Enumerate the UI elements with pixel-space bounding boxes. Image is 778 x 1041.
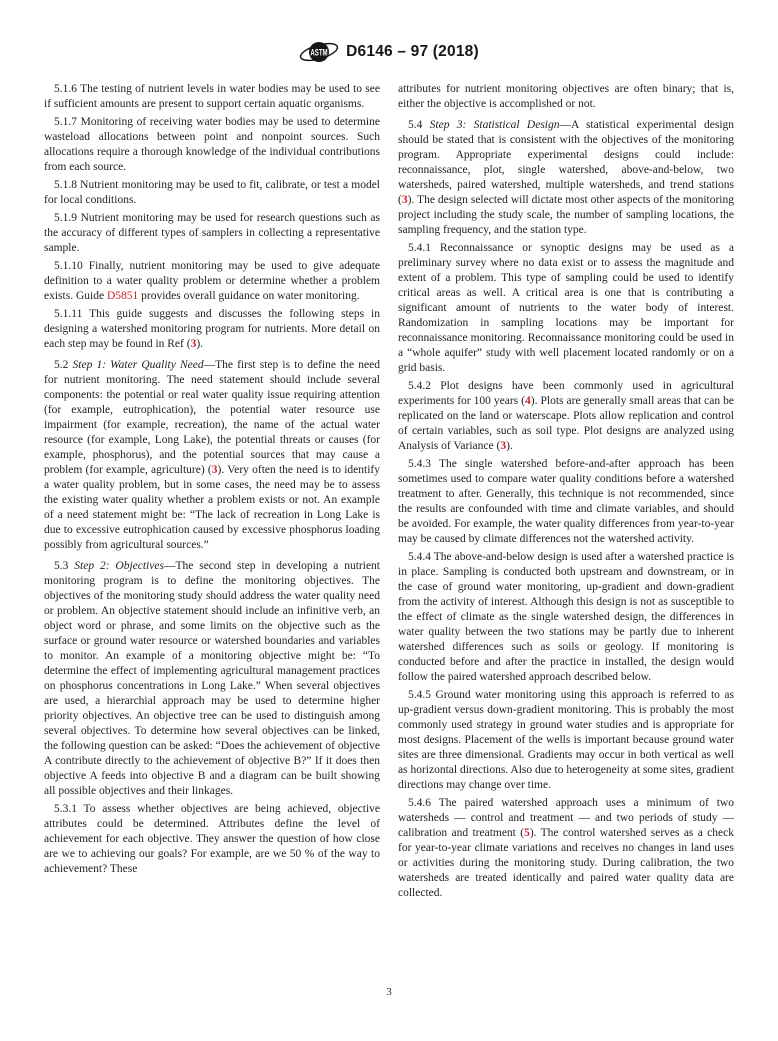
text-segment: —A statistical experimental design shoul… [398,119,734,206]
paragraph: 5.3 Step 2: Objectives—The second step i… [44,559,380,799]
text-segment: Step 3: Statistical Design [430,119,560,131]
text-segment: ). [506,440,513,452]
text-segment: 5.2 [54,359,73,371]
text-segment: 5.1.9 Nutrient monitoring may be used fo… [44,212,380,254]
column-right: attributes for nutrient monitoring objec… [398,82,734,904]
paragraph: 5.4.1 Reconnaissance or synoptic designs… [398,241,734,376]
text-segment: 5.4.3 The single watershed before-and-af… [398,458,734,545]
paragraph: 5.4.5 Ground water monitoring using this… [398,688,734,793]
paragraph: 5.4.6 The paired watershed approach uses… [398,796,734,901]
astm-logo-icon: ASTM [299,38,339,66]
paragraph: 5.4.4 The above-and-below design is used… [398,550,734,685]
doc-link[interactable]: D5851 [107,290,138,302]
text-segment: 5.1.11 This guide suggests and discusses… [44,308,380,350]
paragraph: 5.1.11 This guide suggests and discusses… [44,307,380,352]
text-segment: 5.1.7 Monitoring of receiving water bodi… [44,116,380,173]
paragraph: 5.1.10 Finally, nutrient monitoring may … [44,259,380,304]
text-segment: 5.4.4 The above-and-below design is used… [398,551,734,683]
text-segment: 5.3.1 To assess whether objectives are b… [44,803,380,875]
text-segment: Step 2: Objectives [74,560,164,572]
text-segment: attributes for nutrient monitoring objec… [398,83,734,110]
text-segment: —The first step is to define the need fo… [44,359,380,476]
text-segment: ). Very often the need is to identify a … [44,464,380,551]
text-segment: 5.4.1 Reconnaissance or synoptic designs… [398,242,734,374]
text-segment: ). [196,338,203,350]
text-segment: 5.1.6 The testing of nutrient levels in … [44,83,380,110]
text-segment: 5.3 [54,560,74,572]
text-segment: provides overall guidance on water monit… [138,290,359,302]
paragraph: 5.1.9 Nutrient monitoring may be used fo… [44,211,380,256]
paragraph: 5.1.8 Nutrient monitoring may be used to… [44,178,380,208]
paragraph: 5.1.7 Monitoring of receiving water bodi… [44,115,380,175]
page-footer: 3 [0,986,778,998]
text-segment: 5.4 [408,119,430,131]
text-segment: ). The design selected will dictate most… [398,194,734,236]
document-page: ASTM D6146 – 97 (2018) 5.1.6 The testing… [0,0,778,1041]
svg-text:ASTM: ASTM [311,47,328,57]
doc-designation: D6146 – 97 (2018) [346,43,479,61]
text-columns: 5.1.6 The testing of nutrient levels in … [44,82,734,904]
paragraph: 5.3.1 To assess whether objectives are b… [44,802,380,877]
paragraph: 5.4.3 The single watershed before-and-af… [398,457,734,547]
paragraph: 5.1.6 The testing of nutrient levels in … [44,82,380,112]
text-segment: 5.4.5 Ground water monitoring using this… [398,689,734,791]
paragraph: 5.4.2 Plot designs have been commonly us… [398,379,734,454]
column-left: 5.1.6 The testing of nutrient levels in … [44,82,380,904]
paragraph: 5.4 Step 3: Statistical Design—A statist… [398,118,734,238]
page-number: 3 [386,986,392,998]
text-segment: 5.1.8 Nutrient monitoring may be used to… [44,179,380,206]
text-segment: —The second step in developing a nutrien… [44,560,380,797]
paragraph: 5.2 Step 1: Water Quality Need—The first… [44,358,380,553]
page-header: ASTM D6146 – 97 (2018) [0,38,778,66]
paragraph: attributes for nutrient monitoring objec… [398,82,734,112]
text-segment: Step 1: Water Quality Need [73,359,204,371]
